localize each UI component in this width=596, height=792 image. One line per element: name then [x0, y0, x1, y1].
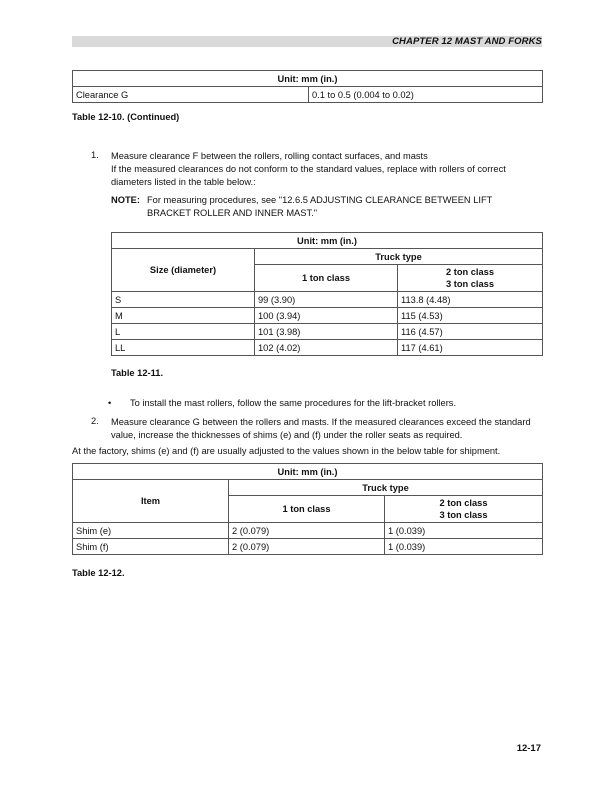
- table-cell: LL: [112, 340, 255, 356]
- bullet-text: To install the mast rollers, follow the …: [130, 397, 550, 410]
- table-unit-header: Unit: mm (in.): [73, 71, 543, 87]
- step-1-line-1: Measure clearance F between the rollers,…: [111, 150, 543, 163]
- table-cell: 0.1 to 0.5 (0.004 to 0.02): [309, 87, 543, 103]
- table-cell: 115 (4.53): [398, 308, 543, 324]
- two-three-ton-header: 2 ton class 3 ton class: [385, 496, 543, 523]
- table-row: Shim (e) 2 (0.079) 1 (0.039): [73, 523, 543, 539]
- one-ton-header: 1 ton class: [255, 265, 398, 292]
- two-three-ton-header: 2 ton class 3 ton class: [398, 265, 543, 292]
- item-column-header: Item: [73, 480, 229, 523]
- table-row: Clearance G 0.1 to 0.5 (0.004 to 0.02): [73, 87, 543, 103]
- table-cell: 102 (4.02): [255, 340, 398, 356]
- one-ton-header: 1 ton class: [229, 496, 385, 523]
- table-cell: 2 (0.079): [229, 523, 385, 539]
- three-ton-label: 3 ton class: [388, 509, 539, 521]
- table-12-11: Unit: mm (in.) Size (diameter) Truck typ…: [111, 232, 543, 356]
- table-cell: L: [112, 324, 255, 340]
- table-cell: M: [112, 308, 255, 324]
- table-row: S 99 (3.90) 113.8 (4.48): [112, 292, 543, 308]
- table-unit-header: Unit: mm (in.): [112, 233, 543, 249]
- step-2-text: Measure clearance G between the rollers …: [111, 416, 547, 442]
- step-1-line-2: If the measured clearances do not confor…: [111, 163, 543, 189]
- table-12-10: Unit: mm (in.) Clearance G 0.1 to 0.5 (0…: [72, 70, 543, 103]
- truck-type-header: Truck type: [229, 480, 543, 496]
- size-column-header: Size (diameter): [112, 249, 255, 292]
- table-cell: 100 (3.94): [255, 308, 398, 324]
- table-cell: 117 (4.61): [398, 340, 543, 356]
- table-caption: Table 12-10. (Continued): [72, 112, 179, 122]
- page-number: 12-17: [517, 743, 541, 754]
- two-ton-label: 2 ton class: [388, 497, 539, 509]
- table-12-12: Unit: mm (in.) Item Truck type 1 ton cla…: [72, 463, 543, 555]
- table-row: M 100 (3.94) 115 (4.53): [112, 308, 543, 324]
- chapter-title: CHAPTER 12 MAST AND FORKS: [392, 36, 542, 47]
- table-cell: Clearance G: [73, 87, 309, 103]
- table-caption: Table 12-12.: [72, 568, 125, 578]
- table-cell: 116 (4.57): [398, 324, 543, 340]
- table-row: LL 102 (4.02) 117 (4.61): [112, 340, 543, 356]
- three-ton-label: 3 ton class: [401, 278, 539, 290]
- factory-note: At the factory, shims (e) and (f) are us…: [72, 445, 552, 458]
- step-1-text: Measure clearance F between the rollers,…: [111, 150, 543, 189]
- step-number: 2.: [91, 416, 99, 426]
- table-row: L 101 (3.98) 116 (4.57): [112, 324, 543, 340]
- table-cell: Shim (e): [73, 523, 229, 539]
- step-number: 1.: [91, 150, 99, 160]
- truck-type-header: Truck type: [255, 249, 543, 265]
- table-cell: Shim (f): [73, 539, 229, 555]
- table-cell: 99 (3.90): [255, 292, 398, 308]
- table-cell: 1 (0.039): [385, 523, 543, 539]
- table-cell: 113.8 (4.48): [398, 292, 543, 308]
- table-cell: S: [112, 292, 255, 308]
- bullet-icon: •: [108, 397, 111, 410]
- table-cell: 2 (0.079): [229, 539, 385, 555]
- table-cell: 101 (3.98): [255, 324, 398, 340]
- two-ton-label: 2 ton class: [401, 266, 539, 278]
- table-row: Shim (f) 2 (0.079) 1 (0.039): [73, 539, 543, 555]
- note-label: NOTE:: [111, 194, 151, 207]
- note-text: For measuring procedures, see "12.6.5 AD…: [147, 194, 517, 220]
- table-caption: Table 12-11.: [111, 368, 163, 378]
- table-cell: 1 (0.039): [385, 539, 543, 555]
- table-unit-header: Unit: mm (in.): [73, 464, 543, 480]
